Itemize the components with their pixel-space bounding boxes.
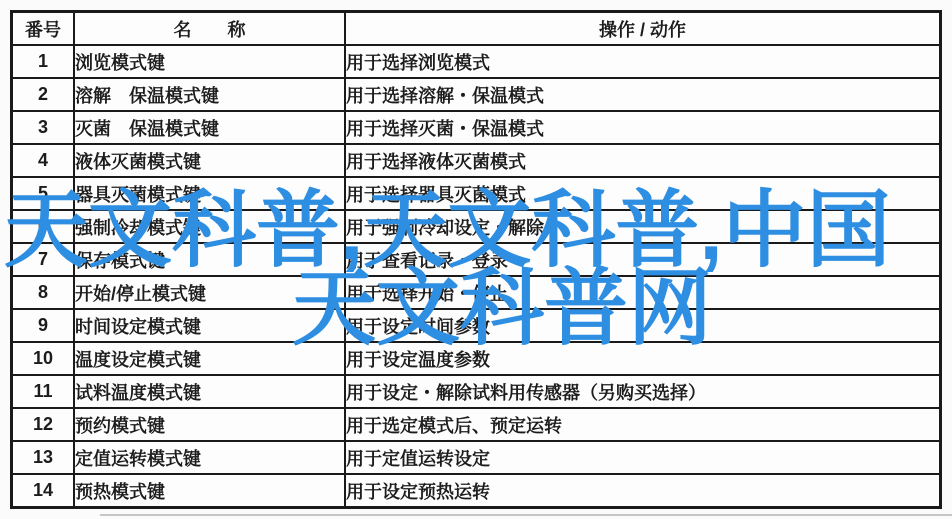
table-row: 4液体灭菌模式键用于选择液体灭菌模式 xyxy=(12,144,941,177)
mode-key-name: 时间设定模式键 xyxy=(74,309,345,342)
row-number: 1 xyxy=(12,45,75,78)
row-number: 7 xyxy=(12,243,75,276)
mode-key-name: 预约模式键 xyxy=(74,408,345,441)
mode-key-name: 温度设定模式键 xyxy=(74,342,345,375)
header-row: 番号 名 称 操作 / 动作 xyxy=(12,12,941,46)
next-table-top-border xyxy=(100,514,952,516)
mode-key-name: 预热模式键 xyxy=(74,474,345,508)
table-row: 8开始/停止模式键用于选择开始・停止 xyxy=(12,276,941,309)
mode-key-name: 开始/停止模式键 xyxy=(74,276,345,309)
scanned-manual-page: 番号 名 称 操作 / 动作 1浏览模式键用于选择浏览模式2溶解 保温模式键用于… xyxy=(0,0,952,519)
row-number: 5 xyxy=(12,177,75,210)
mode-key-name: 溶解 保温模式键 xyxy=(74,78,345,111)
row-number: 14 xyxy=(12,474,75,508)
mode-key-name: 试料温度模式键 xyxy=(74,375,345,408)
row-number: 3 xyxy=(12,111,75,144)
row-number: 13 xyxy=(12,441,75,474)
mode-key-action: 用于选择浏览模式 xyxy=(345,45,941,78)
table-row: 13定值运转模式键用于定值运转设定 xyxy=(12,441,941,474)
table-row: 14预热模式键用于设定预热运转 xyxy=(12,474,941,508)
mode-key-action: 用于定值运转设定 xyxy=(345,441,941,474)
mode-key-name: 定值运转模式键 xyxy=(74,441,345,474)
table-row: 11试料温度模式键用于设定・解除试料用传感器（另购买选择） xyxy=(12,375,941,408)
table-row: 3灭菌 保温模式键用于选择灭菌・保温模式 xyxy=(12,111,941,144)
header-operation: 操作 / 动作 xyxy=(345,12,941,46)
table-row: 6强制冷却模式键用于强制冷却设定・解除 xyxy=(12,210,941,243)
table-header: 番号 名 称 操作 / 动作 xyxy=(12,12,941,46)
row-number: 6 xyxy=(12,210,75,243)
table-row: 7保存模式键用于查看记录・登录 xyxy=(12,243,941,276)
mode-key-name: 强制冷却模式键 xyxy=(74,210,345,243)
mode-key-action: 用于强制冷却设定・解除 xyxy=(345,210,941,243)
header-number: 番号 xyxy=(12,12,75,46)
mode-key-action: 用于选定模式后、预定运转 xyxy=(345,408,941,441)
mode-key-name: 液体灭菌模式键 xyxy=(74,144,345,177)
mode-key-action: 用于选择开始・停止 xyxy=(345,276,941,309)
mode-key-name: 灭菌 保温模式键 xyxy=(74,111,345,144)
mode-key-action: 用于查看记录・登录 xyxy=(345,243,941,276)
mode-key-name: 浏览模式键 xyxy=(74,45,345,78)
table-body: 1浏览模式键用于选择浏览模式2溶解 保温模式键用于选择溶解・保温模式3灭菌 保温… xyxy=(12,45,941,508)
mode-key-action: 用于选择灭菌・保温模式 xyxy=(345,111,941,144)
mode-key-action: 用于设定温度参数 xyxy=(345,342,941,375)
table-row: 12预约模式键用于选定模式后、预定运转 xyxy=(12,408,941,441)
mode-key-name: 器具灭菌模式键 xyxy=(74,177,345,210)
table-row: 1浏览模式键用于选择浏览模式 xyxy=(12,45,941,78)
table-row: 2溶解 保温模式键用于选择溶解・保温模式 xyxy=(12,78,941,111)
mode-key-action: 用于选择溶解・保温模式 xyxy=(345,78,941,111)
row-number: 12 xyxy=(12,408,75,441)
header-name: 名 称 xyxy=(74,12,345,46)
mode-key-action: 用于设定・解除试料用传感器（另购买选择） xyxy=(345,375,941,408)
mode-key-action: 用于设定时间参数 xyxy=(345,309,941,342)
row-number: 11 xyxy=(12,375,75,408)
table-row: 9时间设定模式键用于设定时间参数 xyxy=(12,309,941,342)
mode-key-action: 用于选择器具灭菌模式 xyxy=(345,177,941,210)
mode-key-name: 保存模式键 xyxy=(74,243,345,276)
table-row: 5器具灭菌模式键用于选择器具灭菌模式 xyxy=(12,177,941,210)
row-number: 8 xyxy=(12,276,75,309)
table-row: 10温度设定模式键用于设定温度参数 xyxy=(12,342,941,375)
mode-key-action: 用于设定预热运转 xyxy=(345,474,941,508)
row-number: 10 xyxy=(12,342,75,375)
row-number: 9 xyxy=(12,309,75,342)
mode-key-action: 用于选择液体灭菌模式 xyxy=(345,144,941,177)
mode-keys-table: 番号 名 称 操作 / 动作 1浏览模式键用于选择浏览模式2溶解 保温模式键用于… xyxy=(10,10,942,509)
row-number: 4 xyxy=(12,144,75,177)
row-number: 2 xyxy=(12,78,75,111)
